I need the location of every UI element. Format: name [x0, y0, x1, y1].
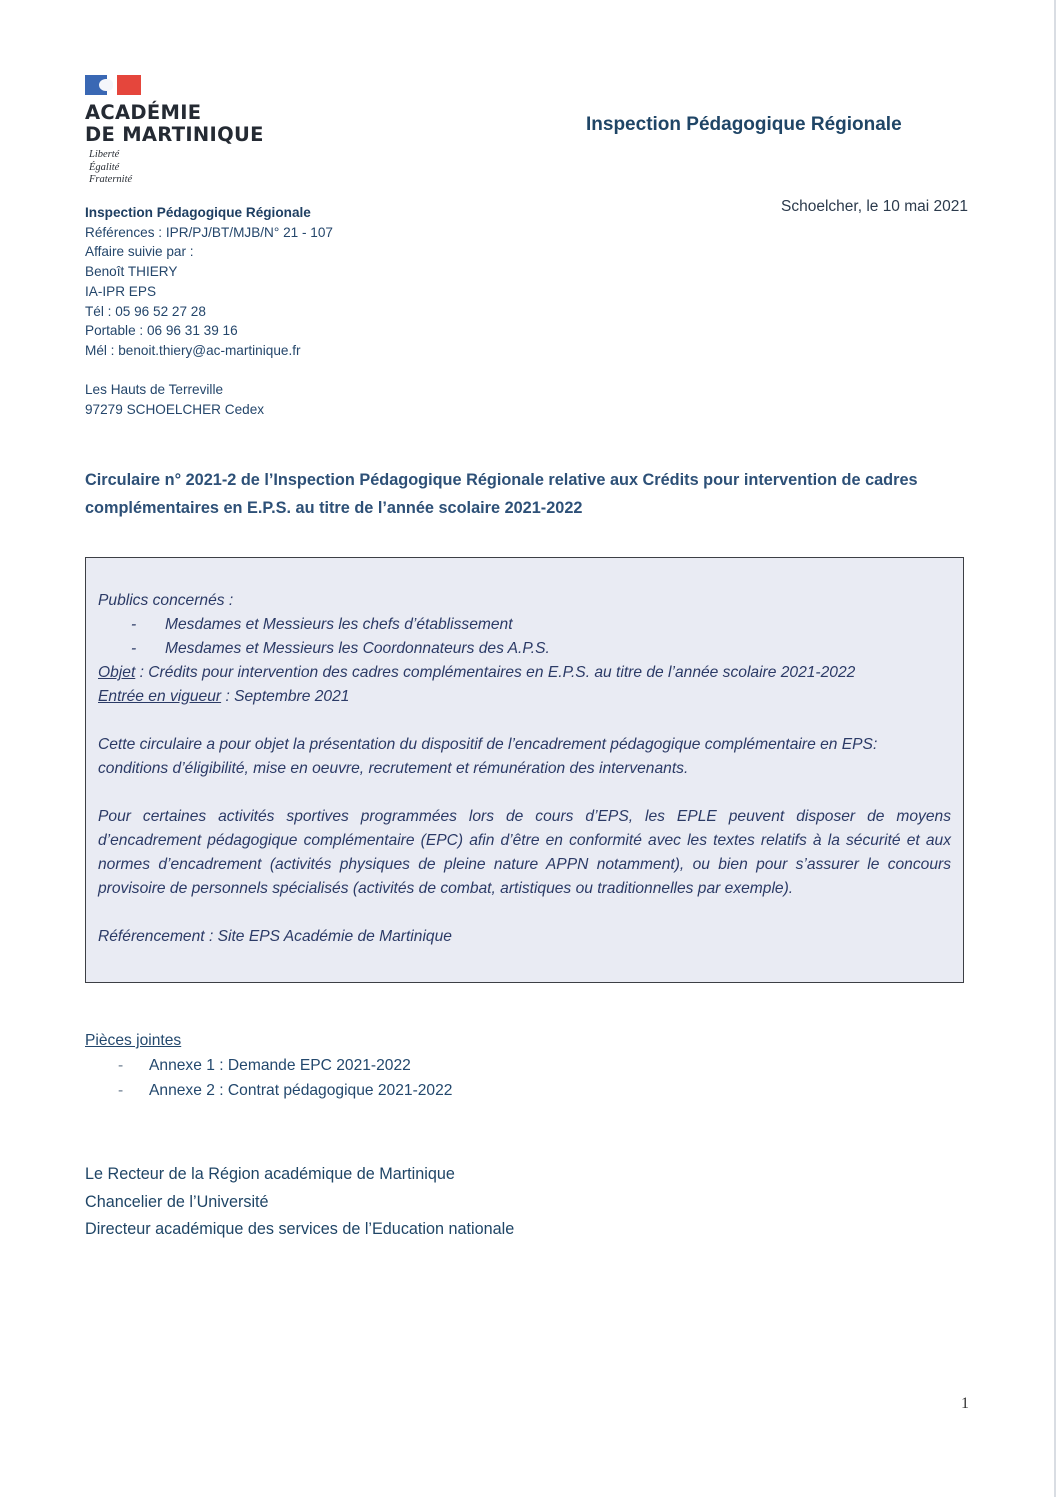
attachments-title: Pièces jointes [85, 1032, 181, 1049]
republic-motto: Liberté Égalité Fraternité [89, 149, 132, 187]
motto-liberte: Liberté [89, 149, 132, 162]
academy-name-line1: ACADÉMIE [85, 102, 264, 124]
flag-white [107, 75, 117, 95]
marianne-profile-icon [99, 79, 113, 91]
sender-mobile: Portable : 06 96 31 39 16 [85, 321, 333, 341]
circular-subject: Circulaire n° 2021-2 de l’Inspection Péd… [85, 466, 965, 522]
motto-egalite: Égalité [89, 162, 132, 175]
letter-date: Schoelcher, le 10 mai 2021 [781, 198, 968, 216]
publics-item: -Mesdames et Messieurs les Coordonnateur… [98, 637, 951, 661]
sender-address-line1: Les Hauts de Terreville [85, 380, 333, 400]
sender-references: Références : IPR/PJ/BT/MJB/N° 21 - 107 [85, 223, 333, 243]
purpose-paragraph: Cette circulaire a pour objet la présent… [98, 733, 951, 781]
republic-flag-logo [85, 75, 141, 95]
sender-role: IA-IPR EPS [85, 282, 333, 302]
signature-line3: Directeur académique des services de l’E… [85, 1216, 514, 1244]
academy-name-line2: DE MARTINIQUE [85, 124, 264, 146]
sender-name: Benoît THIERY [85, 262, 333, 282]
sender-address-line2: 97279 SCHOELCHER Cedex [85, 400, 333, 420]
objet-label: Objet [98, 664, 135, 681]
attachments-section: Pièces jointes -Annexe 1 : Demande EPC 2… [85, 1028, 452, 1103]
sender-followed-by: Affaire suivie par : [85, 242, 333, 262]
publics-label: Publics concernés : [98, 589, 951, 613]
signature-line1: Le Recteur de la Région académique de Ma… [85, 1161, 514, 1189]
motto-fraternite: Fraternité [89, 174, 132, 187]
academy-name: ACADÉMIE DE MARTINIQUE [85, 102, 264, 146]
attachment-item: -Annexe 2 : Contrat pédagogique 2021-202… [85, 1078, 452, 1103]
signature-line2: Chancelier de l’Université [85, 1189, 514, 1217]
vigueur-label: Entrée en vigueur [98, 688, 221, 705]
summary-box: Publics concernés : -Mesdames et Messieu… [85, 557, 964, 983]
referencement-line: Référencement : Site EPS Académie de Mar… [98, 925, 951, 949]
sender-email: Mél : benoit.thiery@ac-martinique.fr [85, 341, 333, 361]
publics-item: -Mesdames et Messieurs les chefs d’établ… [98, 613, 951, 637]
page-number: 1 [961, 1395, 969, 1413]
flag-red [117, 75, 141, 95]
sender-block: Inspection Pédagogique Régionale Référen… [85, 203, 333, 420]
context-paragraph: Pour certaines activités sportives progr… [98, 805, 951, 901]
objet-line: Objet : Crédits pour intervention des ca… [98, 661, 951, 685]
vigueur-line: Entrée en vigueur : Septembre 2021 [98, 685, 951, 709]
header-service-title: Inspection Pédagogique Régionale [586, 114, 902, 136]
vigueur-text: : Septembre 2021 [221, 688, 349, 705]
objet-text: : Crédits pour intervention des cadres c… [135, 664, 855, 681]
attachment-item: -Annexe 1 : Demande EPC 2021-2022 [85, 1053, 452, 1078]
sender-phone: Tél : 05 96 52 27 28 [85, 302, 333, 322]
scan-edge [1054, 0, 1056, 1497]
signature-block: Le Recteur de la Région académique de Ma… [85, 1161, 514, 1244]
sender-service: Inspection Pédagogique Régionale [85, 203, 333, 223]
